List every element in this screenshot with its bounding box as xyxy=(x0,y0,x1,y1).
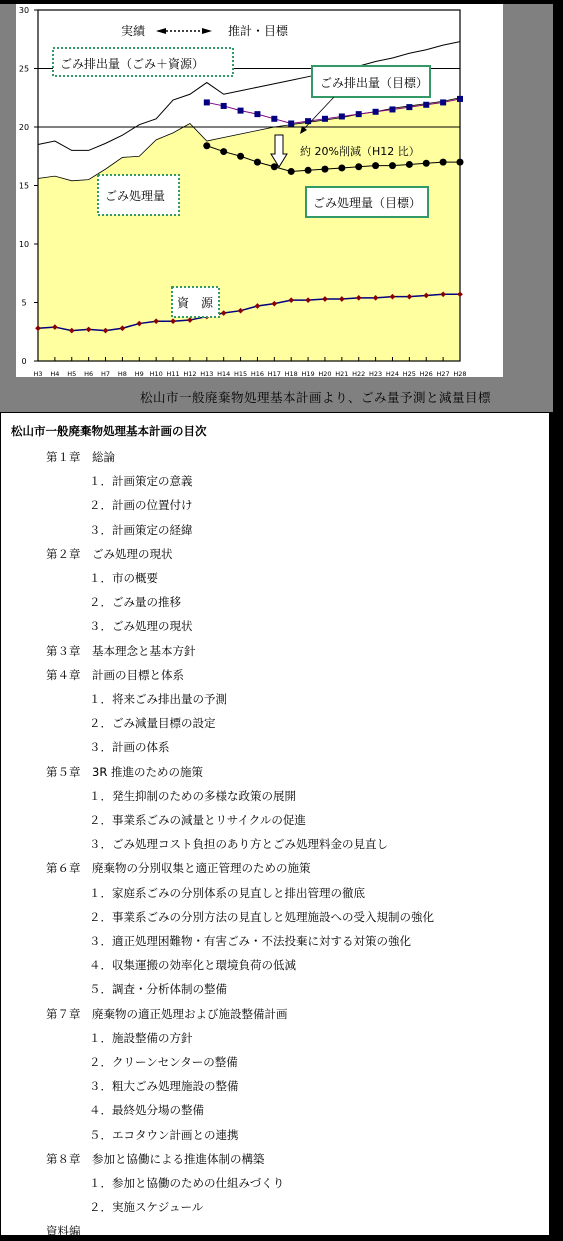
toc-section: １．計画策定の意義 xyxy=(89,473,193,489)
toc-section: ２．事業系ごみの分別方法の見直しと処理施設への受入規制の強化 xyxy=(89,909,434,925)
target-emission-marker xyxy=(288,120,294,126)
waste-forecast-chart: 302520151050H3H4H5H6H7H8H9H10H11H12H13H1… xyxy=(16,4,503,377)
chart-canvas: 302520151050H3H4H5H6H7H8H9H10H11H12H13H1… xyxy=(16,4,503,377)
x-tick-label: H13 xyxy=(200,370,213,377)
x-tick-label: H4 xyxy=(50,370,59,377)
x-tick-label: H14 xyxy=(217,370,230,377)
target-emission-marker xyxy=(339,113,345,119)
x-tick-label: H8 xyxy=(118,370,127,377)
target-processing-marker xyxy=(220,148,227,155)
y-tick-label: 5 xyxy=(21,299,26,308)
toc-section: １．市の概要 xyxy=(89,570,158,586)
target-processing-marker xyxy=(389,162,396,169)
toc-appendix: 資料編 xyxy=(46,1223,81,1239)
target-emission-marker xyxy=(389,106,395,112)
target-processing-label: ごみ処理量（目標） xyxy=(313,195,421,210)
target-processing-marker xyxy=(305,167,312,174)
target-processing-marker xyxy=(254,159,261,166)
target-processing-marker xyxy=(288,168,295,175)
target-emission-marker xyxy=(204,99,210,105)
toc-section: ３．粗大ごみ処理施設の整備 xyxy=(89,1078,239,1094)
toc-section: ２．実施スケジュール xyxy=(89,1199,203,1215)
toc-section: １．家庭系ごみの分別体系の見直しと排出管理の徹底 xyxy=(89,885,365,901)
toc-section: ２．ごみ量の推移 xyxy=(89,594,181,610)
arrow-right-head xyxy=(202,28,212,34)
y-tick-label: 20 xyxy=(19,123,29,132)
x-tick-label: H16 xyxy=(251,370,264,377)
resource-label: 資 源 xyxy=(177,295,214,310)
x-tick-label: H9 xyxy=(135,370,144,377)
processing-label: ごみ処理量 xyxy=(105,189,165,203)
label-forecast: 推計・目標 xyxy=(228,23,289,38)
toc-title: 松山市一般廃棄物処理基本計画の目次 xyxy=(11,423,207,439)
target-processing-marker xyxy=(406,161,413,168)
target-emission-marker xyxy=(440,99,446,105)
x-tick-label: H27 xyxy=(437,370,450,377)
target-emission-marker xyxy=(457,96,463,102)
x-tick-label: H12 xyxy=(183,370,196,377)
x-tick-label: H15 xyxy=(234,370,247,377)
toc-section: ３．ごみ処理の現状 xyxy=(89,618,193,634)
target-processing-marker xyxy=(355,163,362,170)
toc-section: ５．エコタウン計画との連携 xyxy=(89,1127,239,1143)
toc-section: ４．収集運搬の効率化と環境負荷の低減 xyxy=(89,957,296,973)
target-processing-marker xyxy=(338,164,345,171)
x-tick-label: H18 xyxy=(285,370,298,377)
y-tick-label: 30 xyxy=(19,6,29,15)
target-processing-marker xyxy=(457,159,464,166)
x-tick-label: H23 xyxy=(369,370,382,377)
arrow-left-head xyxy=(156,28,166,34)
y-tick-label: 25 xyxy=(19,65,29,74)
toc-chapter: 第３章 基本理念と基本方針 xyxy=(46,643,196,659)
x-tick-label: H24 xyxy=(386,370,399,377)
target-processing-marker xyxy=(321,166,328,173)
processing-area xyxy=(38,98,460,361)
toc-section: １．将来ごみ排出量の予測 xyxy=(89,691,227,707)
toc-section: ３．計画策定の経緯 xyxy=(89,522,193,538)
toc-section: ３．適正処理困難物・有害ごみ・不法投棄に対する対策の強化 xyxy=(89,933,411,949)
x-tick-label: H26 xyxy=(420,370,433,377)
toc-section: １．施設整備の方針 xyxy=(89,1030,193,1046)
toc-section: ３．ごみ処理コスト負担のあり方とごみ処理料金の見直し xyxy=(89,836,388,852)
label-actual: 実績 xyxy=(121,23,146,38)
toc-section: ５．調査・分析体制の整備 xyxy=(89,981,227,997)
x-tick-label: H11 xyxy=(166,370,179,377)
target-processing-marker xyxy=(440,159,447,166)
x-tick-label: H22 xyxy=(352,370,365,377)
x-tick-label: H19 xyxy=(301,370,314,377)
target-emission-label: ごみ排出量（目標） xyxy=(320,75,428,90)
target-emission-marker xyxy=(406,104,412,110)
target-emission-marker xyxy=(423,102,429,108)
x-tick-label: H3 xyxy=(33,370,42,377)
target-emission-marker xyxy=(322,116,328,122)
toc-section: ２．クリーンセンターの整備 xyxy=(89,1054,238,1070)
target-emission-marker xyxy=(254,111,260,117)
target-emission-marker xyxy=(271,116,277,122)
x-tick-label: H5 xyxy=(67,370,76,377)
total-emission-label: ごみ排出量（ごみ＋資源） xyxy=(60,56,204,71)
reduction-label: 約 20%削減（H12 比） xyxy=(300,144,420,158)
toc-section: ４．最終処分場の整備 xyxy=(89,1102,204,1118)
toc-chapter: 第１章 総論 xyxy=(46,449,115,465)
x-tick-label: H20 xyxy=(318,370,331,377)
y-tick-label: 0 xyxy=(21,357,26,366)
toc-section: １．参加と協働のための仕組みづくり xyxy=(89,1175,284,1191)
toc-section: ２．事業系ごみの減量とリサイクルの促進 xyxy=(89,812,306,828)
toc-chapter: 第２章 ごみ処理の現状 xyxy=(46,546,173,562)
toc-section: １．発生抑制のための多様な政策の展開 xyxy=(89,788,296,804)
toc-chapter: 第４章 計画の目標と体系 xyxy=(46,667,184,683)
table-of-contents: 松山市一般廃棄物処理基本計画の目次 第１章 総論１．計画策定の意義２．計画の位置… xyxy=(0,412,550,1236)
toc-chapter: 第８章 参加と協働による推進体制の構築 xyxy=(46,1151,265,1167)
x-tick-label: H21 xyxy=(335,370,348,377)
target-emission-marker xyxy=(238,108,244,114)
toc-section: ３．計画の体系 xyxy=(89,739,170,755)
x-tick-label: H6 xyxy=(84,370,93,377)
x-tick-label: H7 xyxy=(101,370,110,377)
x-tick-label: H17 xyxy=(268,370,281,377)
target-processing-marker xyxy=(237,153,244,160)
x-tick-label: H25 xyxy=(403,370,416,377)
figure-caption: 松山市一般廃棄物処理基本計画より、ごみ量予測と減量目標 xyxy=(140,388,491,406)
x-tick-label: H10 xyxy=(150,370,163,377)
target-emission-marker xyxy=(373,109,379,115)
target-emission-marker xyxy=(221,103,227,109)
target-processing-marker xyxy=(203,142,210,149)
toc-chapter: 第７章 廃棄物の適正処理および施設整備計画 xyxy=(46,1006,288,1022)
target-emission-marker xyxy=(305,118,311,124)
y-tick-label: 10 xyxy=(19,240,29,249)
toc-section: ２．ごみ減量目標の設定 xyxy=(89,715,216,731)
toc-chapter: 第６章 廃棄物の分別収集と適正管理のための施策 xyxy=(46,860,311,876)
target-processing-marker xyxy=(423,160,430,167)
toc-section: ２．計画の位置付け xyxy=(89,497,193,513)
target-processing-marker xyxy=(372,162,379,169)
x-tick-label: H28 xyxy=(453,370,466,377)
toc-chapter: 第５章 3R 推進のための施策 xyxy=(46,764,203,780)
y-tick-label: 15 xyxy=(19,182,29,191)
target-emission-marker xyxy=(356,111,362,117)
